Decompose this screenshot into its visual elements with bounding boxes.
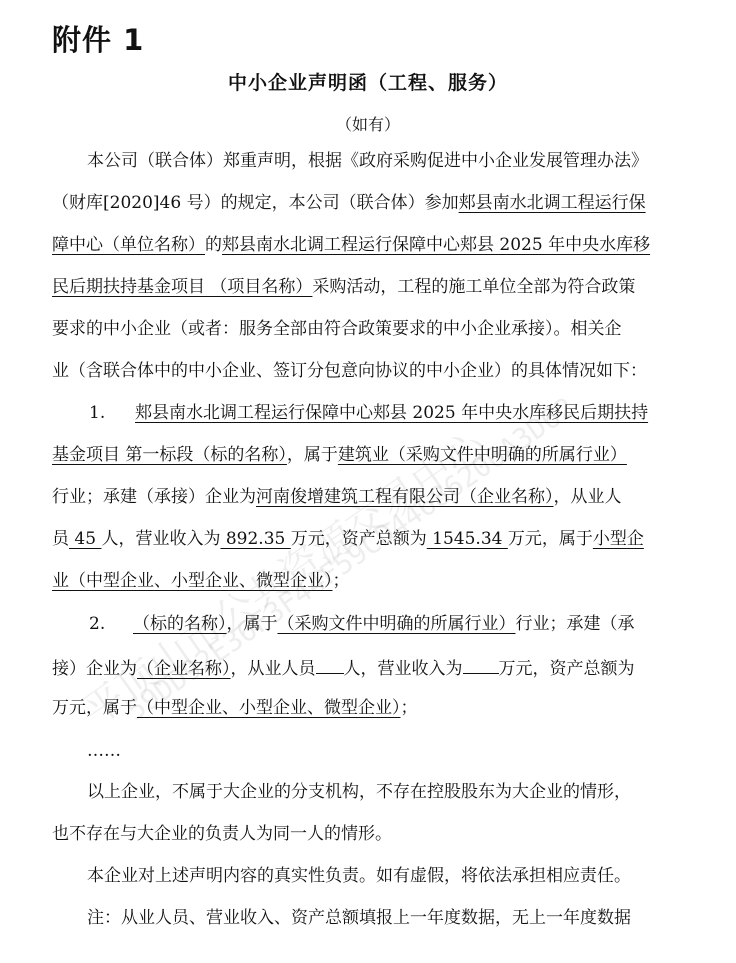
text: 业（含联合体中的中小企业、签订分包意向协议的中小企业）的具体情况如下： (52, 361, 647, 381)
enterprise-size-blank: （中型企业、小型企业、微型企业） (137, 698, 401, 718)
employees-value: 45 (69, 529, 101, 549)
text: 本公司（联合体）郑重声明，根据《政府采购促进中小企业发展管理办法》 (87, 151, 648, 171)
text: 接）企业为 (52, 659, 137, 679)
item-2-line: 2.（标的名称），属于（采购文件中明确的所属行业）行业；承建（承 (89, 611, 709, 637)
text: ，属于 (287, 445, 338, 465)
item-1-line: 员 45 人，营业收入为 892.35 万元，资产总额为 1545.34 万元，… (52, 526, 692, 552)
text: 要求的中小企业（或者：服务全部由符合政策要求的中小企业承接）。相关企 (52, 319, 622, 339)
project-name: 郏县南水北调工程运行保障中心郏县 2025 年中央水库移 (222, 235, 650, 255)
text: ，从业人员 (231, 659, 316, 679)
declaration-line: 民后期扶持基金项目 （项目名称）采购活动，工程的施工单位全部为符合政策 (52, 274, 692, 300)
item-2-line: 万元，属于（中型企业、小型企业、微型企业）； (52, 695, 692, 721)
project-name: 民后期扶持基金项目 （项目名称） (52, 277, 312, 297)
text: 万元，属于 (52, 698, 137, 718)
item-2-line: 接）企业为（企业名称），从业人员人，营业收入为万元，资产总额为 (52, 653, 692, 679)
text: 万元，资产总额为 (499, 659, 635, 679)
industry-blank: （采购文件中明确的所属行业） (278, 614, 516, 634)
text: 的 (205, 235, 222, 255)
text: ； (401, 698, 418, 718)
statement-line: 也不存在与大企业的负责人为同一人的情形。 (52, 821, 692, 847)
text: 行业；承建（承 (516, 614, 635, 634)
text: ，从业人 (554, 487, 622, 507)
purchaser-name: 郏县南水北调工程运行保 (459, 193, 646, 213)
item-number: 2. (89, 611, 133, 637)
text: ，属于 (227, 614, 278, 634)
document-title: 中小企业声明函（工程、服务） (0, 68, 736, 95)
declaration-line: 要求的中小企业（或者：服务全部由符合政策要求的中小企业承接）。相关企 (52, 316, 692, 342)
enterprise-size: 小型企 (593, 529, 644, 549)
text: 万元，资产总额为 (291, 529, 427, 549)
employees-blank (316, 653, 344, 674)
text: 人，营业收入为 (344, 659, 463, 679)
text: 万元，属于 (508, 529, 593, 549)
revenue-value: 892.35 (220, 529, 290, 549)
declaration-line: 业（含联合体中的中小企业、签订分包意向协议的中小企业）的具体情况如下： (52, 358, 692, 384)
item-1-line: 基金项目 第一标段（标的名称），属于建筑业（采购文件中明确的所属行业） (52, 442, 692, 468)
statement-line: 以上企业，不属于大企业的分支机构，不存在控股股东为大企业的情形， (52, 779, 727, 805)
text: 员 (52, 529, 69, 549)
item-1-line: 行业；承建（承接）企业为河南俊增建筑工程有限公司（企业名称），从业人 (52, 484, 692, 510)
declaration-line: 本公司（联合体）郑重声明，根据《政府采购促进中小企业发展管理办法》 (52, 148, 727, 174)
enterprise-name-blank: （企业名称） (137, 659, 231, 679)
enterprise-size: 业（中型企业、小型企业、微型企业） (52, 571, 333, 591)
purchaser-name: 障中心（单位名称） (52, 235, 205, 255)
revenue-blank (463, 653, 499, 674)
text: 人，营业收入为 (101, 529, 220, 549)
lot-name: 基金项目 第一标段（标的名称） (52, 445, 287, 465)
item-1-line: 1.郏县南水北调工程运行保障中心郏县 2025 年中央水库移民后期扶持 (89, 400, 709, 426)
text: ； (333, 571, 350, 591)
text: 采购活动，工程的施工单位全部为符合政策 (312, 277, 635, 297)
text: （财库[2020]46 号）的规定，本公司（联合体）参加 (52, 193, 459, 213)
attachment-label: 附件 1 (52, 18, 144, 59)
ellipsis: …… (52, 738, 727, 764)
document-page: 平顶山市公共资源交易中心 59DD92E36F3F44F59CD44686206… (0, 0, 736, 963)
industry: 建筑业（采购文件中明确的所属行业） (338, 445, 627, 465)
note-line: 注：从业人员、营业收入、资产总额填报上一年度数据，无上一年度数据 (52, 905, 727, 931)
document-subtitle: （如有） (0, 112, 736, 135)
declaration-line: 障中心（单位名称）的郏县南水北调工程运行保障中心郏县 2025 年中央水库移 (52, 232, 692, 258)
enterprise-name: 河南俊增建筑工程有限公司（企业名称） (256, 487, 554, 507)
declaration-line: （财库[2020]46 号）的规定，本公司（联合体）参加郏县南水北调工程运行保 (52, 190, 692, 216)
item-1-line: 业（中型企业、小型企业、微型企业）； (52, 568, 692, 594)
item-number: 1. (89, 400, 135, 426)
responsibility-line: 本企业对上述声明内容的真实性负责。如有虚假，将依法承担相应责任。 (52, 863, 727, 889)
text: 行业；承建（承接）企业为 (52, 487, 256, 507)
lot-name-blank: （标的名称） (133, 614, 227, 634)
lot-name: 郏县南水北调工程运行保障中心郏县 2025 年中央水库移民后期扶持 (135, 403, 648, 423)
assets-value: 1545.34 (427, 529, 508, 549)
